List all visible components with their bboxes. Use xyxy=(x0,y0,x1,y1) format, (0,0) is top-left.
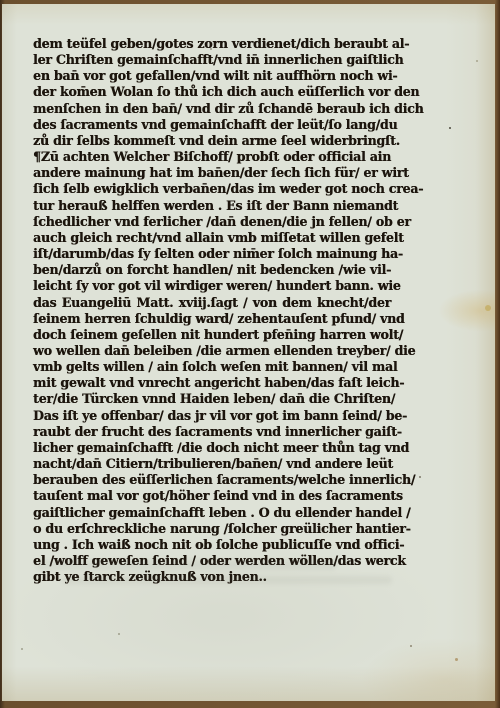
text-line: andere mainung hat im ban̄en/der ſech ſi… xyxy=(33,165,391,181)
text-line: iſt/darumb/das ſy ſelten oder nim̄er ſol… xyxy=(33,246,391,262)
text-line: ben/darzů on forcht handlen/ nit bedenck… xyxy=(33,262,391,278)
text-line: leicht ſy vor got vil wirdiger weren/ hu… xyxy=(33,278,391,294)
paper-speck xyxy=(449,127,451,129)
text-line: nacht/dan̄ Citiern/tribulieren/ban̄en/ v… xyxy=(33,456,391,472)
text-line: en ban̄ vor got gefallen/vnd wilt nit au… xyxy=(33,68,391,84)
text-line: ¶Zū achten Welcher Biſchoff/ probſt oder… xyxy=(33,149,391,165)
photo-border: dem teüfel geben/gotes zorn verdienet/di… xyxy=(0,0,500,708)
text-line: ung . Ich waiß noch nit ob ſolche public… xyxy=(33,537,391,553)
text-line: Das iſt ye offenbar/ das jr vil vor got … xyxy=(33,408,391,424)
text-line: berauben des eüſſerlichen ſacraments/wel… xyxy=(33,472,391,488)
paper-speck xyxy=(485,305,491,311)
text-line: dem teüfel geben/gotes zorn verdienet/di… xyxy=(33,36,391,52)
book-page: dem teüfel geben/gotes zorn verdienet/di… xyxy=(2,4,495,701)
text-line: ſich ſelb ewigklich verban̄en/das im wed… xyxy=(33,181,391,197)
text-line: ſchedlicher vnd ferlicher /dan̄ denen/di… xyxy=(33,214,391,230)
paper-speck xyxy=(419,476,421,478)
text-line: licher gemainſchafft /die doch nicht mee… xyxy=(33,440,391,456)
paper-speck xyxy=(21,648,23,650)
paper-speck xyxy=(300,352,302,354)
text-line: wo wellen dan̄ beleiben /die armen ellen… xyxy=(33,343,391,359)
paper-speck xyxy=(118,633,120,635)
text-line: zů dir ſelbs kommeſt vnd dein arme ſeel … xyxy=(33,133,391,149)
text-line: tauſent mal vor got/höher ſeind vnd in d… xyxy=(33,488,391,504)
paper-speck xyxy=(210,48,212,50)
paper-speck xyxy=(410,645,412,647)
text-line: vmb gelts willen / ain ſolch weſen mit b… xyxy=(33,359,391,375)
text-line: doch ſeinem geſellen nit hundert pfen̄in… xyxy=(33,327,391,343)
paper-speck xyxy=(455,658,458,661)
text-line: tur herauß helffen werden . Es iſt der B… xyxy=(33,198,391,214)
text-line: auch gleich recht/vnd allain vmb miſſeta… xyxy=(33,230,391,246)
text-line: der kom̄en Wolan ſo thů ich dich auch eü… xyxy=(33,84,391,100)
text-line: raubt der frucht des ſacraments vnd inne… xyxy=(33,424,391,440)
ink-show-through xyxy=(62,576,392,584)
text-line: ler Chriſten gemainſchafft/vnd in̄ inner… xyxy=(33,52,391,68)
text-line: o du erſchreckliche narung /ſolcher greü… xyxy=(33,521,391,537)
text-line: des ſacraments vnd gemainſchafft der leü… xyxy=(33,117,391,133)
paper-speck xyxy=(476,60,478,62)
text-line: gaiſtlicher gemainſchafft leben . O du e… xyxy=(33,505,391,521)
text-line: menſchen in den ban̄/ vnd dir zů ſchandē… xyxy=(33,101,391,117)
text-line: mit gewalt vnd vnrecht angericht haben/d… xyxy=(33,375,391,391)
ink-show-through xyxy=(36,560,336,570)
page-text-block: dem teüfel geben/gotes zorn verdienet/di… xyxy=(33,36,391,585)
text-line: das Euangeliū Matt. xviij.ſagt / von dem… xyxy=(33,295,391,311)
text-line: ſeinem herren ſchuldig ward/ zehentauſen… xyxy=(33,311,391,327)
text-line: ter/die Türcken vnnd Haiden leben/ dan̄ … xyxy=(33,391,391,407)
